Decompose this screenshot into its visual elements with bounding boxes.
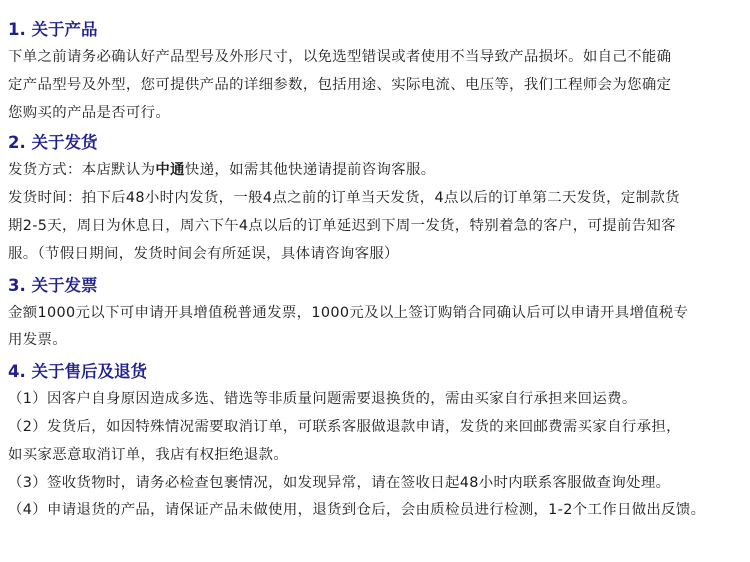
section-after-sales-returns: 4. 关于售后及退货 （1）因客户自身原因造成多选、错选等非质量问题需要退换货的… (8, 358, 742, 525)
shipping-method-suffix: 快递，如需其他快递请提前咨询客服。 (185, 162, 436, 178)
section-title-shipping: 2. 关于发货 (8, 129, 742, 157)
list-item: （2）发货后，如因特殊情况需要取消订单，可联系客服做退款申请，发货的来回邮费需买… (8, 414, 742, 442)
product-paragraph: 下单之前请务必确认好产品型号及外形尺寸，以免选型错误或者使用不当导致产品损坏。如… (8, 44, 742, 127)
courier-name: 中通 (155, 162, 184, 178)
section-about-invoice: 3. 关于发票 金额1000元以下可申请开具增值税普通发票，1000元及以上签订… (8, 272, 742, 356)
text-line: 用发票。 (8, 327, 742, 355)
invoice-paragraph: 金额1000元以下可申请开具增值税普通发票，1000元及以上签订购销合同确认后可… (8, 300, 742, 356)
list-item: （4）申请退货的产品，请保证产品未做使用，退货到仓后，会由质检员进行检测，1-2… (8, 497, 742, 525)
text-line: 服。（节假日期间，发货时间会有所延误，具体请咨询客服） (8, 241, 742, 269)
text-line: 发货时间：拍下后48小时内发货，一般4点之前的订单当天发货，4点以后的订单第二天… (8, 185, 742, 213)
section-title-invoice: 3. 关于发票 (8, 272, 742, 300)
text-line: 您购买的产品是否可行。 (8, 100, 742, 128)
store-policy-document: 1. 关于产品 下单之前请务必确认好产品型号及外形尺寸，以免选型错误或者使用不当… (0, 0, 750, 525)
shipping-paragraph: 发货方式：本店默认为中通快递，如需其他快递请提前咨询客服。 发货时间：拍下后48… (8, 157, 742, 268)
section-title-after-sales: 4. 关于售后及退货 (8, 358, 742, 386)
text-line: 期2-5天，周日为休息日，周六下午4点以后的订单延迟到下周一发货，特别着急的客户… (8, 213, 742, 241)
after-sales-paragraph: （1）因客户自身原因造成多选、错选等非质量问题需要退换货的，需由买家自行承担来回… (8, 386, 742, 525)
list-item: （3）签收货物时，请务必检查包裹情况，如发现异常，请在签收日起48小时内联系客服… (8, 470, 742, 498)
text-line: 金额1000元以下可申请开具增值税普通发票，1000元及以上签订购销合同确认后可… (8, 300, 742, 328)
shipping-method-line: 发货方式：本店默认为中通快递，如需其他快递请提前咨询客服。 (8, 157, 742, 185)
shipping-method-prefix: 发货方式：本店默认为 (8, 162, 155, 178)
text-line: 定产品型号及外型，您可提供产品的详细参数，包括用途、实际电流、电压等，我们工程师… (8, 72, 742, 100)
list-item: （1）因客户自身原因造成多选、错选等非质量问题需要退换货的，需由买家自行承担来回… (8, 386, 742, 414)
section-about-product: 1. 关于产品 下单之前请务必确认好产品型号及外形尺寸，以免选型错误或者使用不当… (8, 16, 742, 127)
section-title-product: 1. 关于产品 (8, 16, 742, 44)
section-about-shipping: 2. 关于发货 发货方式：本店默认为中通快递，如需其他快递请提前咨询客服。 发货… (8, 129, 742, 268)
list-item-continuation: 如买家恶意取消订单，我店有权拒绝退款。 (8, 442, 742, 470)
text-line: 下单之前请务必确认好产品型号及外形尺寸，以免选型错误或者使用不当导致产品损坏。如… (8, 44, 742, 72)
